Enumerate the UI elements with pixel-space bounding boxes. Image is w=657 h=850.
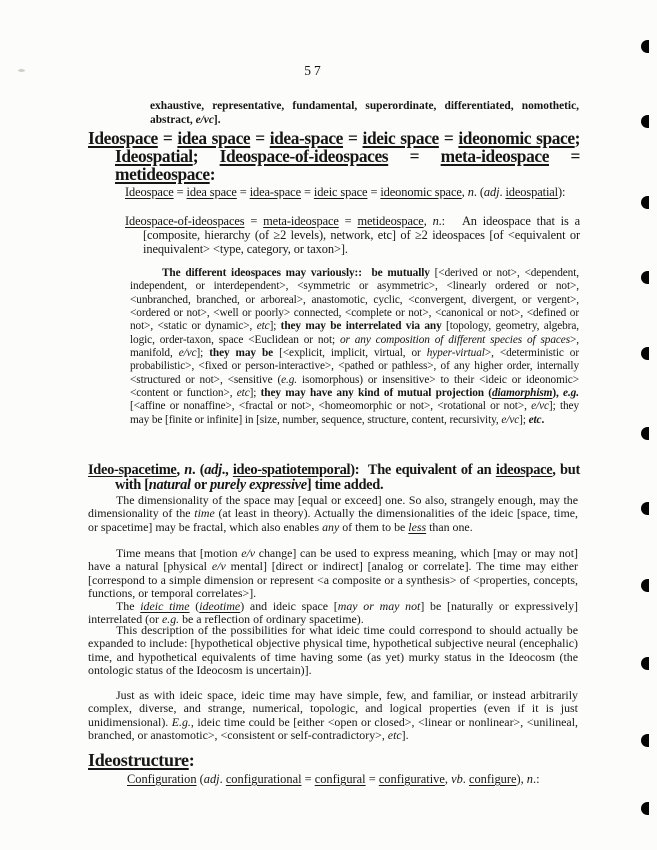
binding-mark bbox=[641, 347, 649, 360]
paragraph-dimensionality: The dimensionality of the space may [equ… bbox=[88, 494, 578, 534]
paragraph-different-ideospaces: The different ideospaces may variously::… bbox=[130, 267, 579, 427]
subentry-ideospace-of-ideospaces: Ideospace-of-ideospaces = meta-ideospace… bbox=[125, 215, 580, 256]
paragraph-just-as: Just as with ideic space, ideic time may… bbox=[88, 689, 578, 742]
binding-mark bbox=[641, 427, 649, 440]
binding-mark bbox=[641, 734, 649, 747]
binding-mark bbox=[641, 657, 649, 670]
paragraph-time-means: Time means that [motion e/v change] can … bbox=[88, 547, 578, 600]
binding-mark bbox=[641, 115, 649, 128]
binding-mark bbox=[641, 40, 649, 53]
binding-mark bbox=[641, 271, 649, 284]
binding-mark bbox=[641, 196, 649, 209]
page-number: 57 bbox=[0, 63, 628, 79]
binding-mark bbox=[641, 579, 649, 592]
document-page: 57 exhaustive, representative, fundament… bbox=[0, 0, 657, 850]
subentry-ideospace: Ideospace = idea space = idea-space = id… bbox=[125, 186, 580, 200]
paragraph-description: This description of the possibilities fo… bbox=[88, 624, 578, 677]
entry-heading-ideostructure: Ideostructure: bbox=[88, 750, 580, 770]
entry-heading-ideo-spacetime: Ideo-spacetime, n. (adj., ideo-spatiotem… bbox=[88, 463, 580, 494]
continuation-paragraph: exhaustive, representative, fundamental,… bbox=[150, 99, 579, 127]
binding-mark bbox=[641, 502, 649, 515]
binding-mark bbox=[641, 802, 649, 815]
entry-heading-ideospace: Ideospace = idea space = idea-space = id… bbox=[88, 130, 580, 183]
subentry-configuration: Configuration (adj. configurational = co… bbox=[127, 773, 579, 787]
